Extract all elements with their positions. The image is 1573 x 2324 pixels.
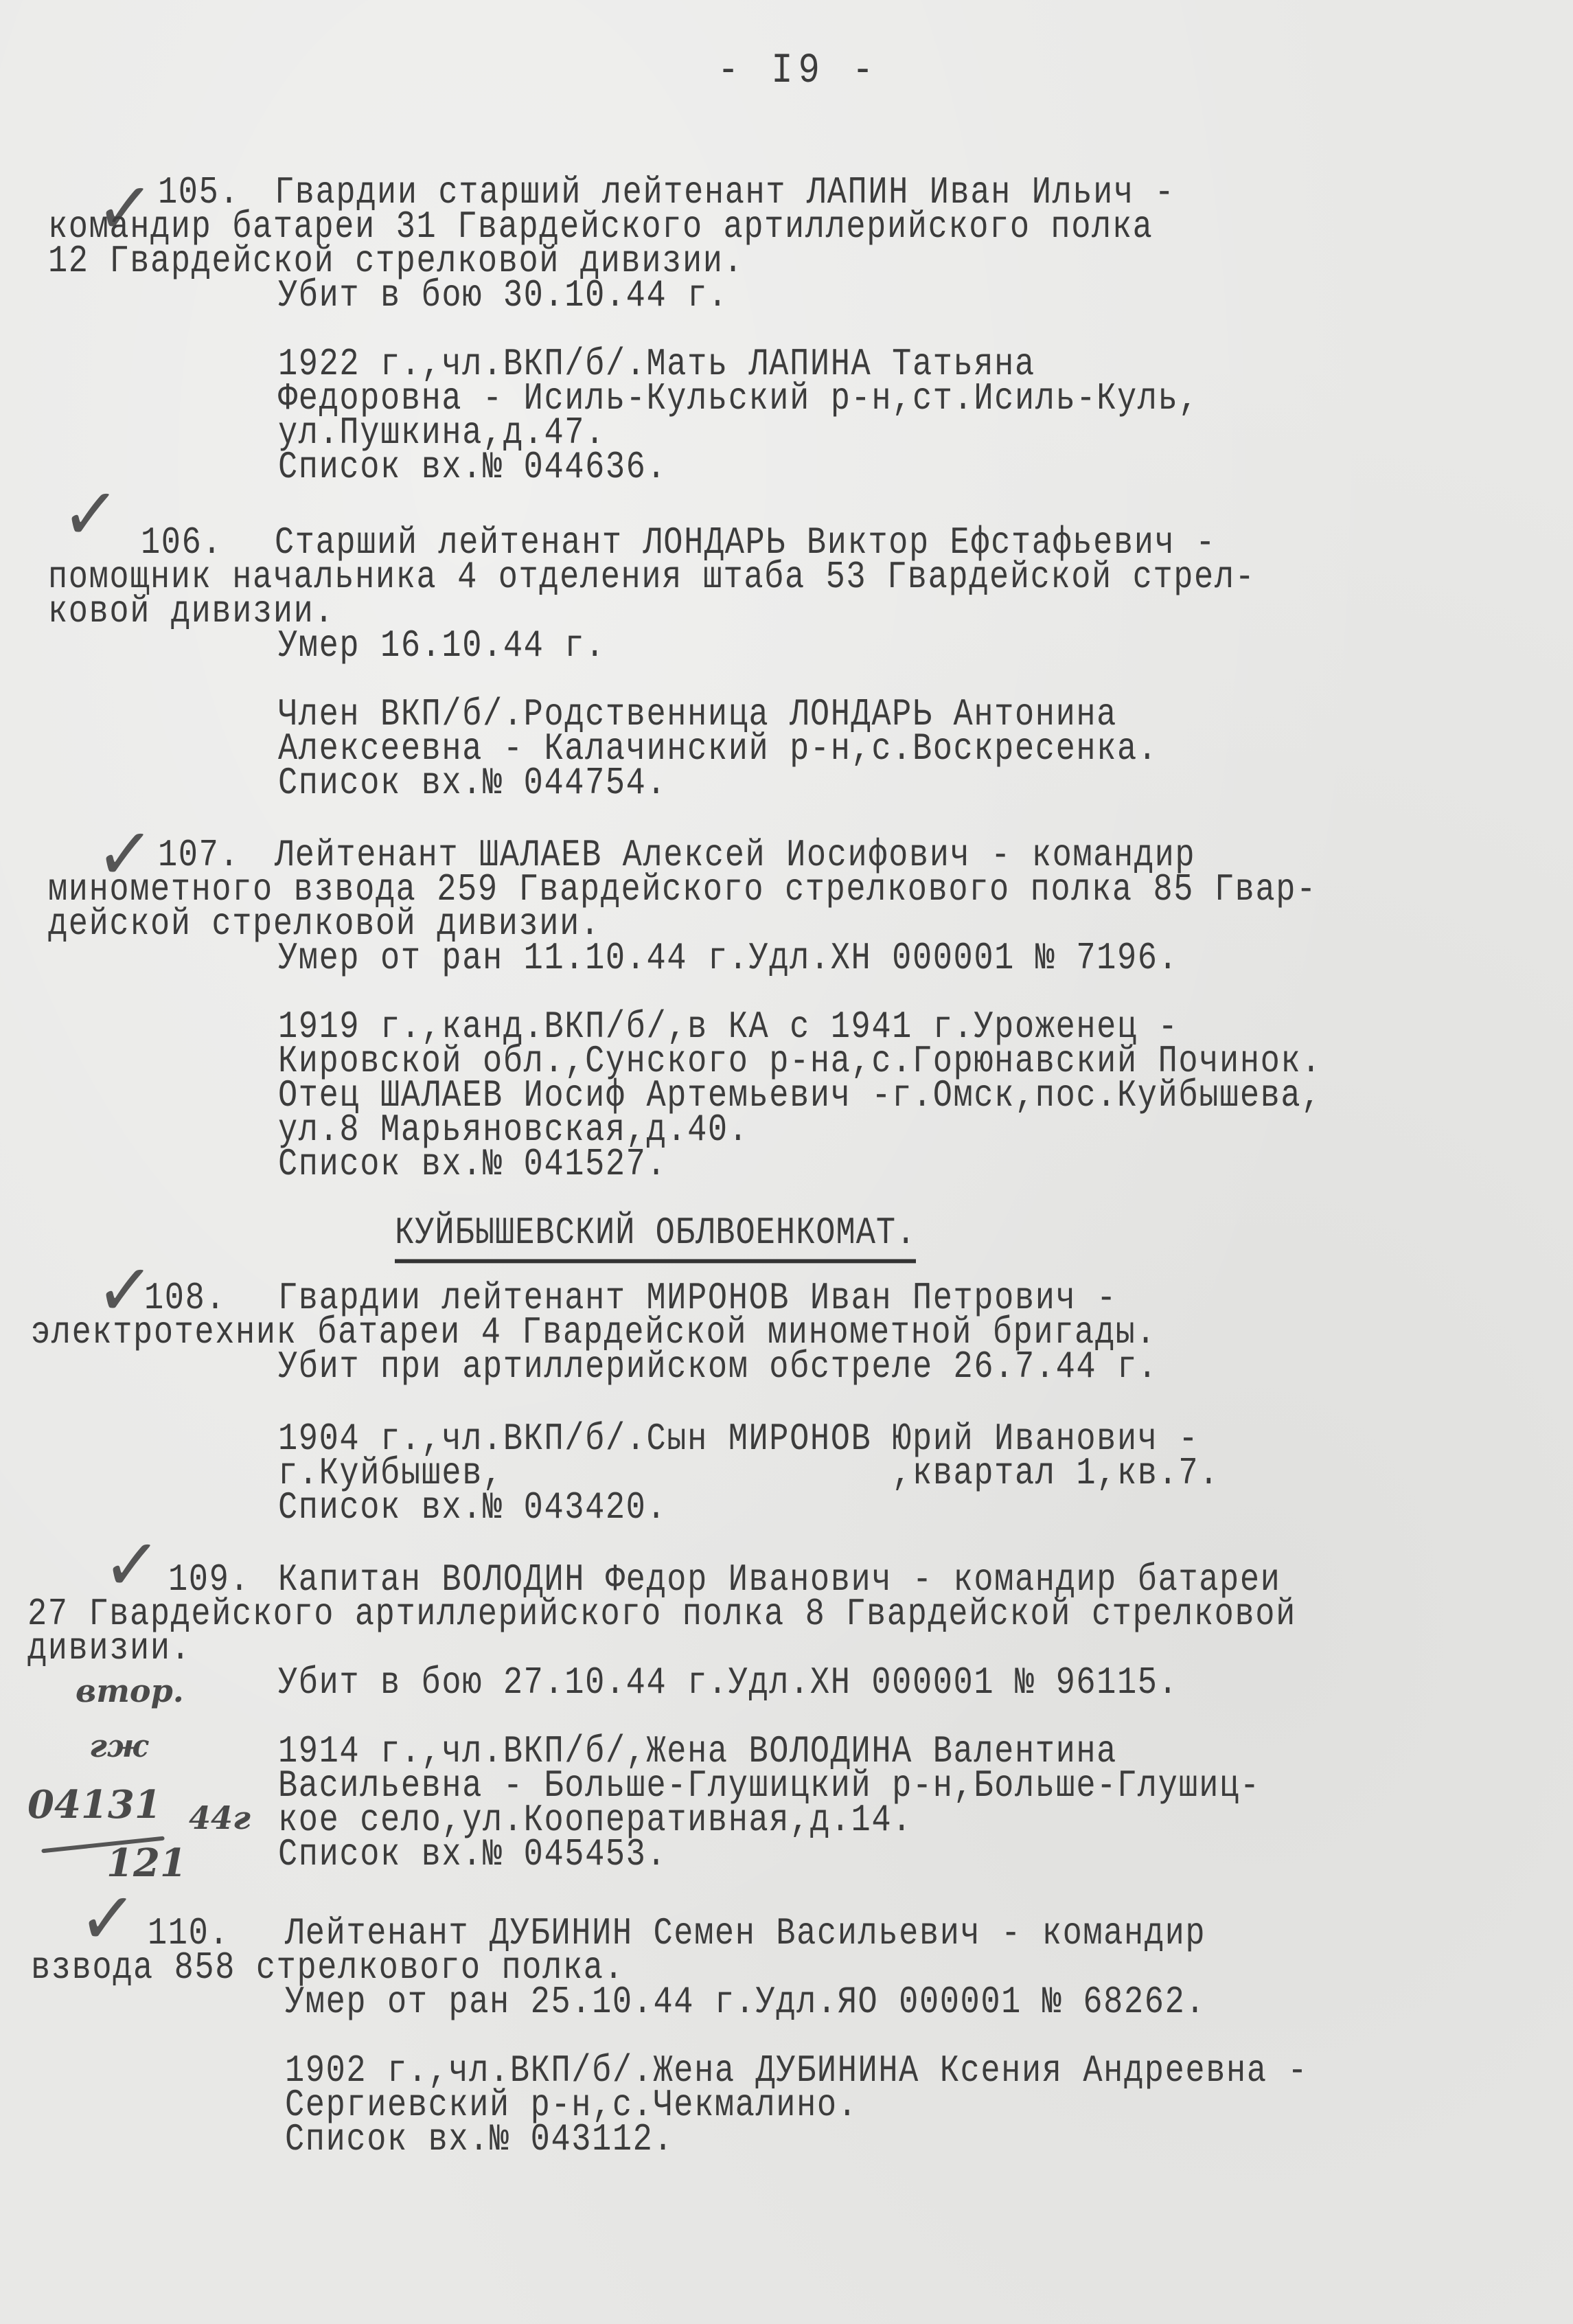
page-number: - I9 - — [717, 49, 879, 93]
section-heading: КУЙБЫШЕВСКИЙ ОБЛВОЕНКОМАТ. — [395, 1212, 916, 1263]
death-line: Умер от ран 25.10.44 г.Удл.ЯО 000001 № 6… — [285, 1981, 1206, 2025]
check-mark-icon: ✓ — [59, 468, 122, 560]
list-ref: Список вх.№ 044636. — [278, 446, 667, 490]
list-ref: Список вх.№ 044754. — [278, 762, 667, 806]
death-line: Убит в бою 27.10.44 г.Удл.ХН 000001 № 96… — [278, 1662, 1178, 1706]
list-ref: Список вх.№ 045453. — [278, 1834, 667, 1878]
death-line: Умер от ран 11.10.44 г.Удл.ХН 000001 № 7… — [278, 937, 1178, 981]
list-ref: Список вх.№ 043420. — [278, 1487, 667, 1531]
entry-line: дивизии. — [27, 1628, 191, 1672]
list-ref: Список вх.№ 043112. — [285, 2119, 674, 2163]
list-ref: Список вх.№ 041527. — [278, 1143, 667, 1187]
handwritten-note: 44г — [189, 1799, 251, 1836]
entry-line: 27 Гвардейского артиллерийского полка 8 … — [27, 1593, 1296, 1637]
handwritten-note: гж — [89, 1727, 148, 1764]
handwritten-note: втор. — [76, 1672, 184, 1709]
handwritten-note: 04131 — [27, 1782, 161, 1827]
death-line: Убит в бою 30.10.44 г. — [278, 275, 728, 319]
death-line: Убит при артиллерийском обстреле 26.7.44… — [278, 1346, 1158, 1390]
death-line: Умер 16.10.44 г. — [278, 625, 606, 669]
